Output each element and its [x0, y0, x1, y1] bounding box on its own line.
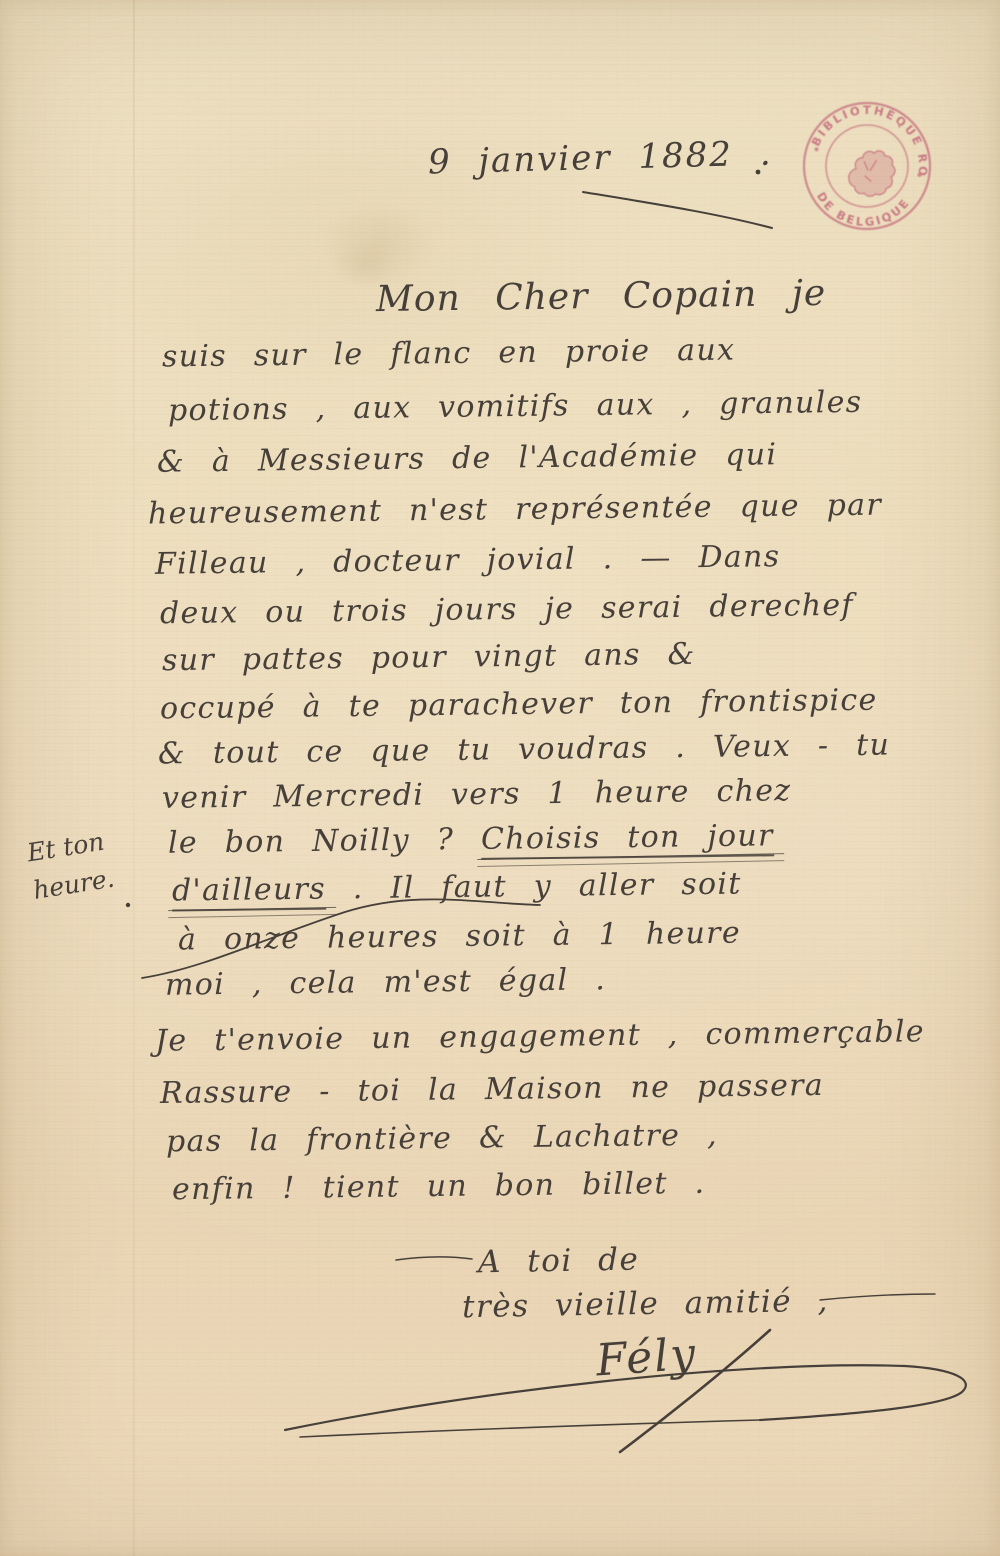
body-line: venir Mercredi vers 1 heure chez: [162, 773, 792, 816]
paper-stain: [320, 200, 440, 290]
body-line: moi , cela m'est égal .: [165, 962, 607, 1002]
closing-line: A toi de: [478, 1242, 640, 1281]
body-segment: le bon Noilly ?: [168, 822, 481, 861]
body-line: deux ou trois jours je serai derechef: [160, 588, 854, 631]
body-line: d'ailleurs . Il faut y aller soit: [172, 867, 742, 912]
body-line: Je t'envoie un engagement , commerçable: [155, 1014, 925, 1058]
body-line: suis sur le flanc en proie aux: [162, 332, 736, 374]
closing-line: très vieille amitié ,: [462, 1283, 829, 1325]
letter-page: BIBLIOTHÈQUE ROYALE DE BELGIQUE 9 janvie…: [0, 0, 1000, 1556]
body-line: Rassure - toi la Maison ne passera: [160, 1068, 824, 1111]
salutation: Mon Cher Copain je: [376, 273, 827, 320]
body-segment: . Il faut y aller soit: [326, 867, 742, 907]
body-line: Filleau , docteur jovial . — Dans: [155, 539, 781, 582]
date-line: 9 janvier 1882 .: [428, 133, 773, 182]
margin-note: Et ton heure.: [25, 822, 118, 910]
body-line: & tout ce que tu voudras . Veux - tu: [158, 728, 891, 772]
paper-crease: [133, 0, 135, 1556]
body-line: enfin ! tient un bon billet .: [172, 1166, 706, 1208]
body-line: pas la frontière & Lachatre ,: [166, 1118, 718, 1160]
underlined-phrase: Choisis ton jour: [481, 818, 774, 860]
body-line: occupé à te parachever ton frontispice: [160, 683, 878, 727]
stamp-lion-emblem: [845, 145, 899, 201]
signature: Fély: [594, 1329, 698, 1387]
body-line: sur pattes pour vingt ans &: [162, 637, 696, 679]
body-line: le bon Noilly ? Choisis ton jour: [168, 818, 774, 863]
library-stamp-icon: BIBLIOTHÈQUE ROYALE DE BELGIQUE: [777, 76, 956, 255]
body-line: à onze heures soit à 1 heure: [178, 916, 741, 958]
body-line: & à Messieurs de l'Académie qui: [157, 437, 778, 480]
underlined-phrase: d'ailleurs: [172, 872, 326, 912]
body-line: potions , aux vomitifs aux , granules: [168, 385, 863, 428]
body-line: heureusement n'est représentée que par: [148, 488, 882, 532]
